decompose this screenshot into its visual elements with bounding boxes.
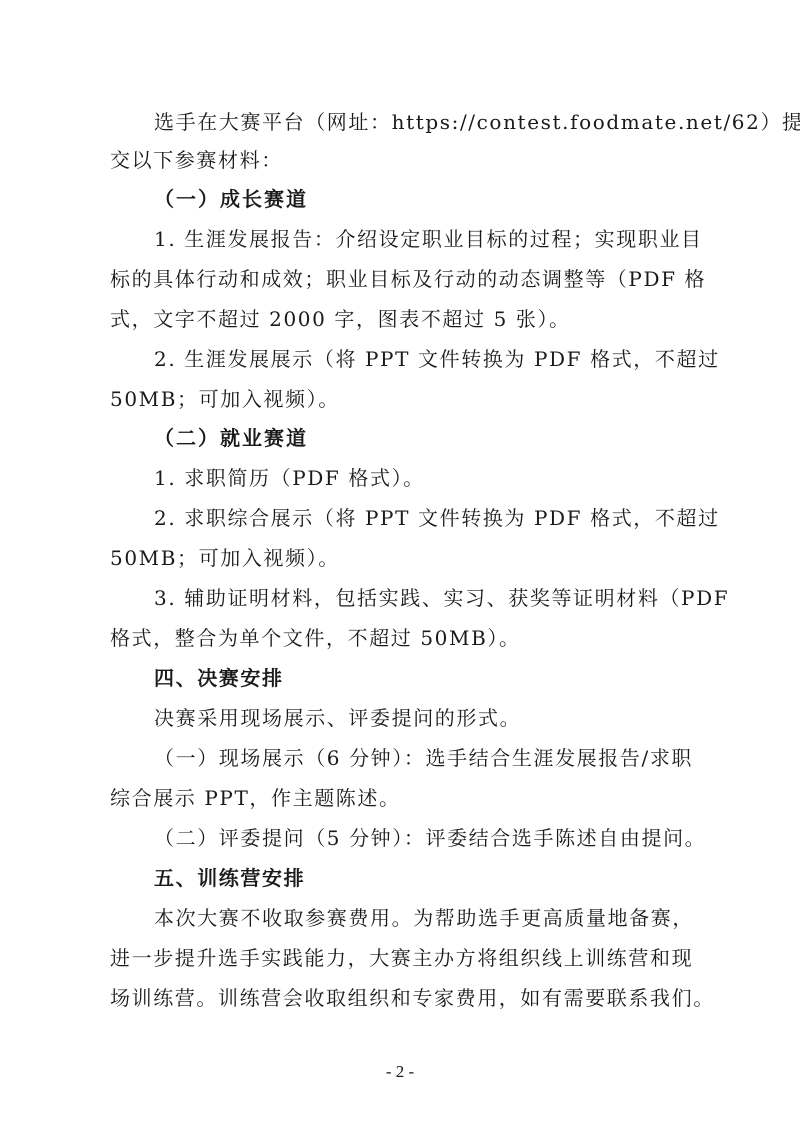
paragraph-line: 场训练营。训练营会收取组织和专家费用，如有需要联系我们。 bbox=[110, 985, 690, 1011]
paragraph-line: 交以下参赛材料： bbox=[110, 147, 690, 173]
paragraph-line: 标的具体行动和成效；职业目标及行动的动态调整等（PDF 格 bbox=[110, 266, 690, 292]
paragraph-first-line: 2. 求职综合展示（将 PPT 文件转换为 PDF 格式，不超过 bbox=[154, 505, 690, 531]
section-heading: 四、决赛安排 bbox=[154, 665, 690, 691]
document-page: 选手在大赛平台（网址：https://contest.foodmate.net/… bbox=[0, 0, 800, 1132]
paragraph-line: 50MB；可加入视频）。 bbox=[110, 545, 690, 571]
paragraph-line: 式，文字不超过 2000 字，图表不超过 5 张）。 bbox=[110, 306, 690, 332]
paragraph-line: 进一步提升选手实践能力，大赛主办方将组织线上训练营和现 bbox=[110, 945, 690, 971]
paragraph-line: 50MB；可加入视频）。 bbox=[110, 386, 690, 412]
paragraph-first-line: 2. 生涯发展展示（将 PPT 文件转换为 PDF 格式，不超过 bbox=[154, 346, 690, 372]
page-number: - 2 - bbox=[0, 1062, 800, 1082]
paragraph-first-line: 3. 辅助证明材料，包括实践、实习、获奖等证明材料（PDF bbox=[154, 585, 690, 611]
paragraph-line: 格式，整合为单个文件，不超过 50MB）。 bbox=[110, 625, 690, 651]
paragraph-first-line: 本次大赛不收取参赛费用。为帮助选手更高质量地备赛， bbox=[154, 905, 690, 931]
section-heading: 五、训练营安排 bbox=[154, 865, 690, 891]
paragraph-first-line: 决赛采用现场展示、评委提问的形式。 bbox=[154, 705, 690, 731]
paragraph-first-line: 1. 求职简历（PDF 格式）。 bbox=[154, 465, 690, 491]
paragraph-first-line: （一）现场展示（6 分钟）：选手结合生涯发展报告/求职 bbox=[154, 745, 690, 771]
subsection-heading: （一）成长赛道 bbox=[154, 186, 734, 212]
paragraph-first-line: 1. 生涯发展报告：介绍设定职业目标的过程；实现职业目 bbox=[154, 226, 690, 252]
paragraph-first-line: 选手在大赛平台（网址：https://contest.foodmate.net/… bbox=[154, 109, 690, 135]
paragraph-first-line: （二）评委提问（5 分钟）：评委结合选手陈述自由提问。 bbox=[154, 825, 690, 851]
subsection-heading: （二）就业赛道 bbox=[154, 425, 734, 451]
paragraph-line: 综合展示 PPT，作主题陈述。 bbox=[110, 785, 690, 811]
